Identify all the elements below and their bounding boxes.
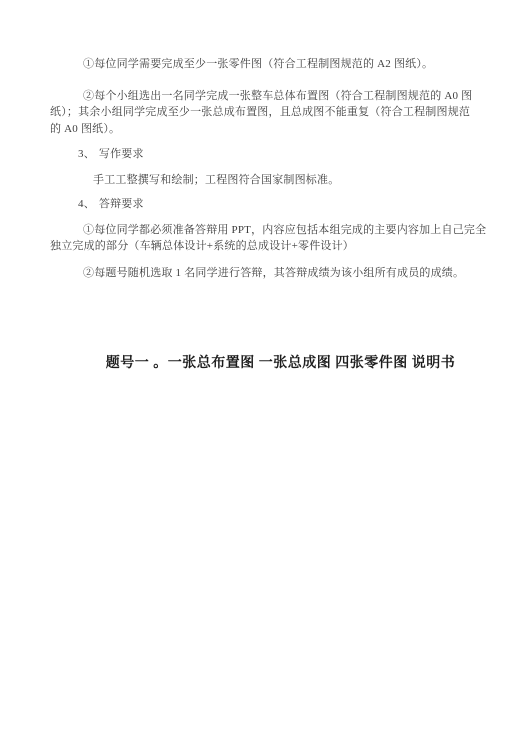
paragraph-defense-ppt: ①每位同学都必须准备答辩用 PPT，内容应包括本组完成的主要内容加上自己完全 独… — [50, 222, 471, 255]
text-line: 纸）；其余小组同学完成至少一张总成布置图，且总成图不能重复（符合工程制图规范 — [50, 104, 471, 121]
list-label: 答辩要求 — [99, 198, 144, 210]
numbered-item-writing-requirement: 3、写作要求 — [50, 146, 471, 163]
text-line: ②每题号随机选取 1 名同学进行答辩，其答辩成绩为该小组所有成员的成绩。 — [50, 267, 464, 279]
text-line: ②每个小组选出一名同学完成一张整车总体布置图（符合工程制图规范的 A0 图 — [50, 88, 471, 105]
text-line: 的 A0 图纸）。 — [50, 121, 471, 138]
list-label: 写作要求 — [99, 148, 144, 160]
paragraph-group-drawing-requirement: ②每个小组选出一名同学完成一张整车总体布置图（符合工程制图规范的 A0 图 纸）… — [50, 88, 471, 138]
text-line: ①每位同学都必须准备答辩用 PPT，内容应包括本组完成的主要内容加上自己完全 — [50, 222, 471, 239]
text-line: ①每位同学需要完成至少一张零件图（符合工程制图规范的 A2 图纸）。 — [50, 58, 433, 70]
list-number: 3、 — [78, 146, 95, 163]
list-number: 4、 — [78, 196, 95, 213]
text-line: 手工工整撰写和绘制；工程图符合国家制图标准。 — [93, 174, 339, 186]
paragraph-part-drawing-requirement: ①每位同学需要完成至少一张零件图（符合工程制图规范的 A2 图纸）。 — [50, 56, 471, 73]
document-page: ①每位同学需要完成至少一张零件图（符合工程制图规范的 A2 图纸）。 ②每个小组… — [0, 0, 520, 735]
paragraph-writing-detail: 手工工整撰写和绘制；工程图符合国家制图标准。 — [50, 172, 471, 189]
text-line: 独立完成的部分（车辆总体设计+系统的总成设计+零件设计） — [50, 238, 471, 255]
paragraph-defense-selection: ②每题号随机选取 1 名同学进行答辩，其答辩成绩为该小组所有成员的成绩。 — [50, 265, 471, 282]
assignment-topic-heading: 题号一 。一张总布置图 一张总成图 四张零件图 说明书 — [50, 356, 471, 372]
numbered-item-defense-requirement: 4、答辩要求 — [50, 196, 471, 213]
